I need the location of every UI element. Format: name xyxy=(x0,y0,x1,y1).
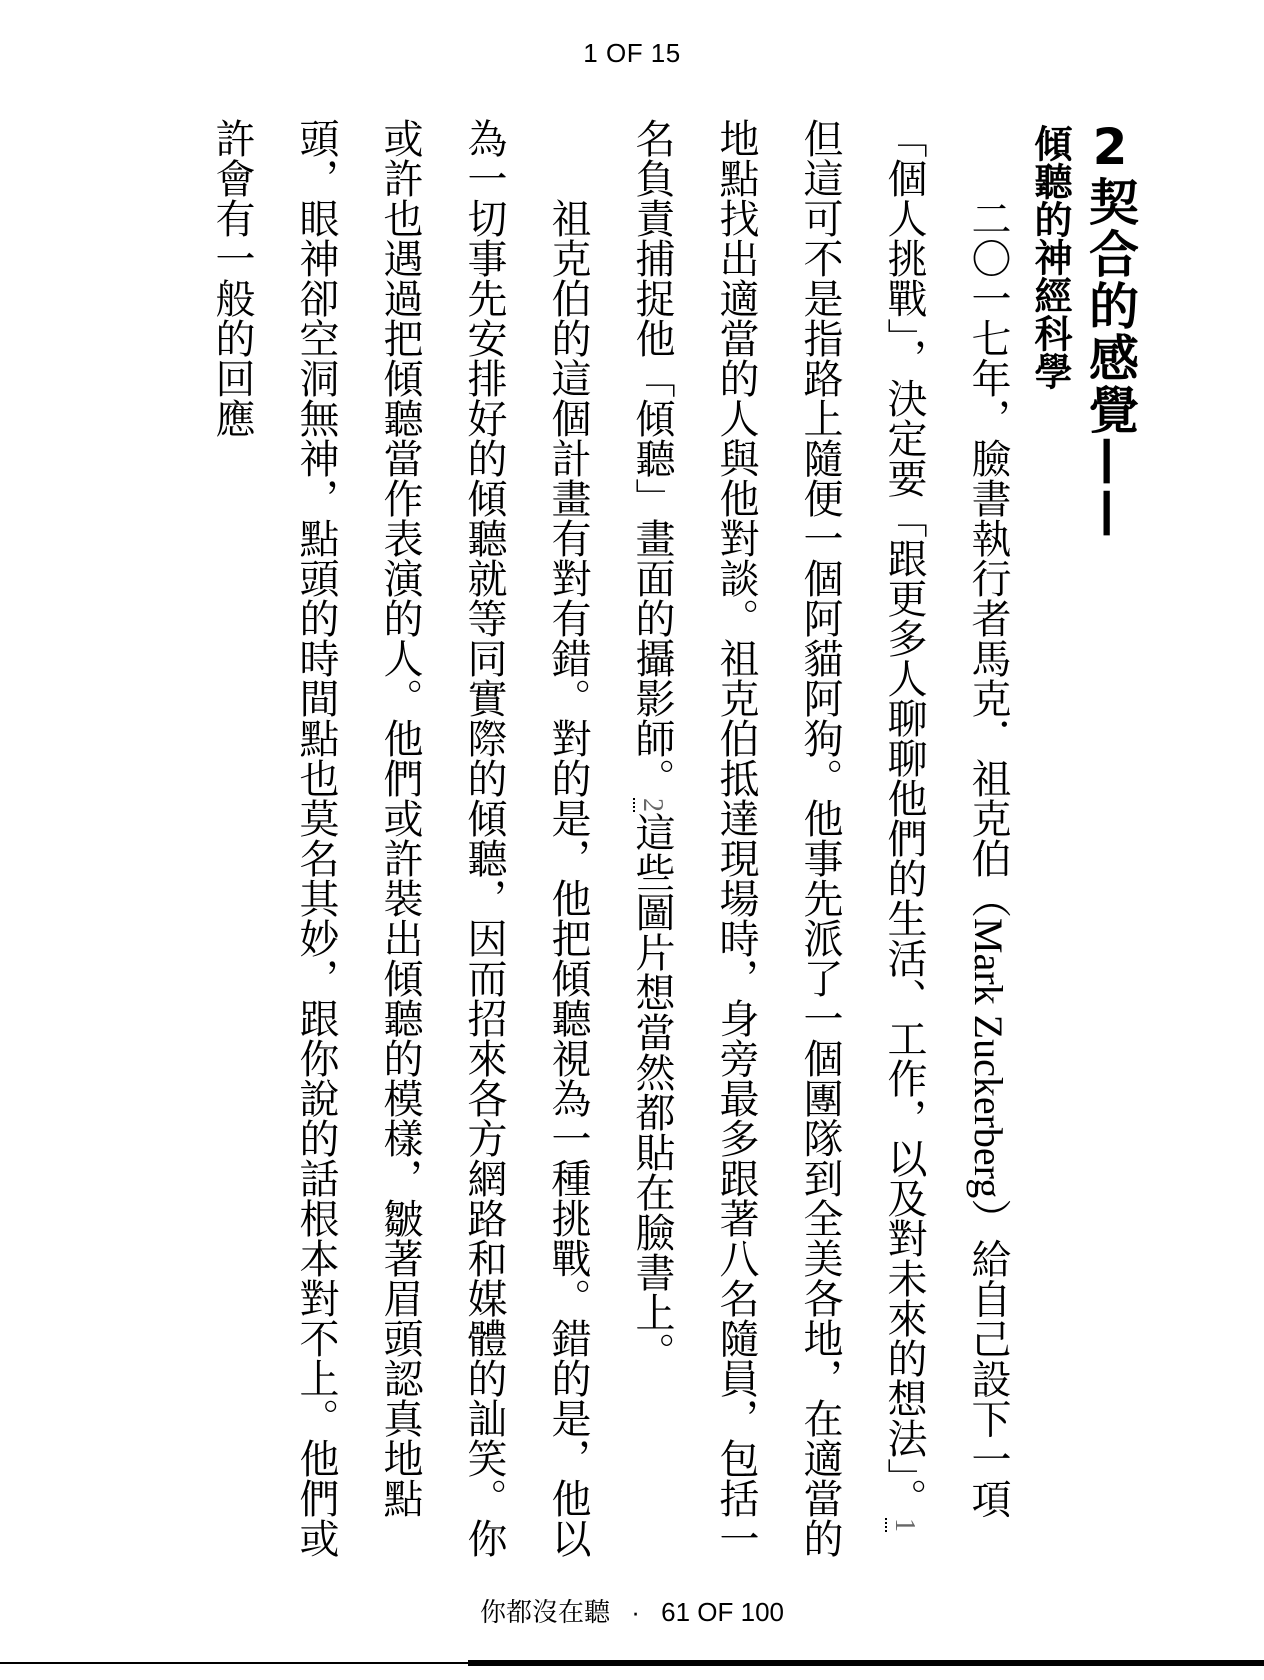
chapter-page-counter: 1 OF 15 xyxy=(0,38,1264,69)
paragraph-2: 祖克伯的這個計畫有對有錯。對的是，他把傾聽視為一種挑戰。錯的是，他以為一切事先安… xyxy=(190,118,610,1558)
latin-name: Mark Zuckerberg xyxy=(966,918,1011,1198)
paragraph-1: 二〇一七年，臉書執行者馬克．祖克伯（Mark Zuckerberg）給自己設下一… xyxy=(610,118,1030,1558)
reading-progress-fill xyxy=(468,1660,1264,1666)
chapter-heading: 2契合的感覺—— 傾聽的神經科學 xyxy=(1020,118,1140,1518)
chapter-title: 契合的感覺—— xyxy=(1081,176,1139,540)
body-text: 二〇一七年，臉書執行者馬克．祖克伯（Mark Zuckerberg）給自己設下一… xyxy=(90,118,1030,1558)
text-segment: 祖克伯的這個計畫有對有錯。對的是，他把傾聽視為一種挑戰。錯的是，他以為一切事先安… xyxy=(209,118,591,1558)
chapter-subtitle: 傾聽的神經科學 xyxy=(1028,124,1072,390)
text-segment: 二〇一七年，臉書執行者馬克．祖克伯（ xyxy=(965,198,1011,918)
text-segment: 這些圖片想當然都貼在臉書上。 xyxy=(629,812,675,1372)
footer-location: 你都沒在聽 · 61 OF 100 xyxy=(0,1592,1264,1629)
footnote-link-1[interactable]: 1 xyxy=(885,1518,922,1532)
separator-dot: · xyxy=(631,1597,640,1627)
book-page-counter: 61 OF 100 xyxy=(661,1597,784,1627)
footnote-link-2[interactable]: 2 xyxy=(633,798,670,812)
book-title: 你都沒在聽 xyxy=(480,1597,610,1627)
reading-area: 2契合的感覺—— 傾聽的神經科學 二〇一七年，臉書執行者馬克．祖克伯（Mark … xyxy=(80,118,1140,1558)
chapter-number: 2 xyxy=(1081,118,1139,176)
